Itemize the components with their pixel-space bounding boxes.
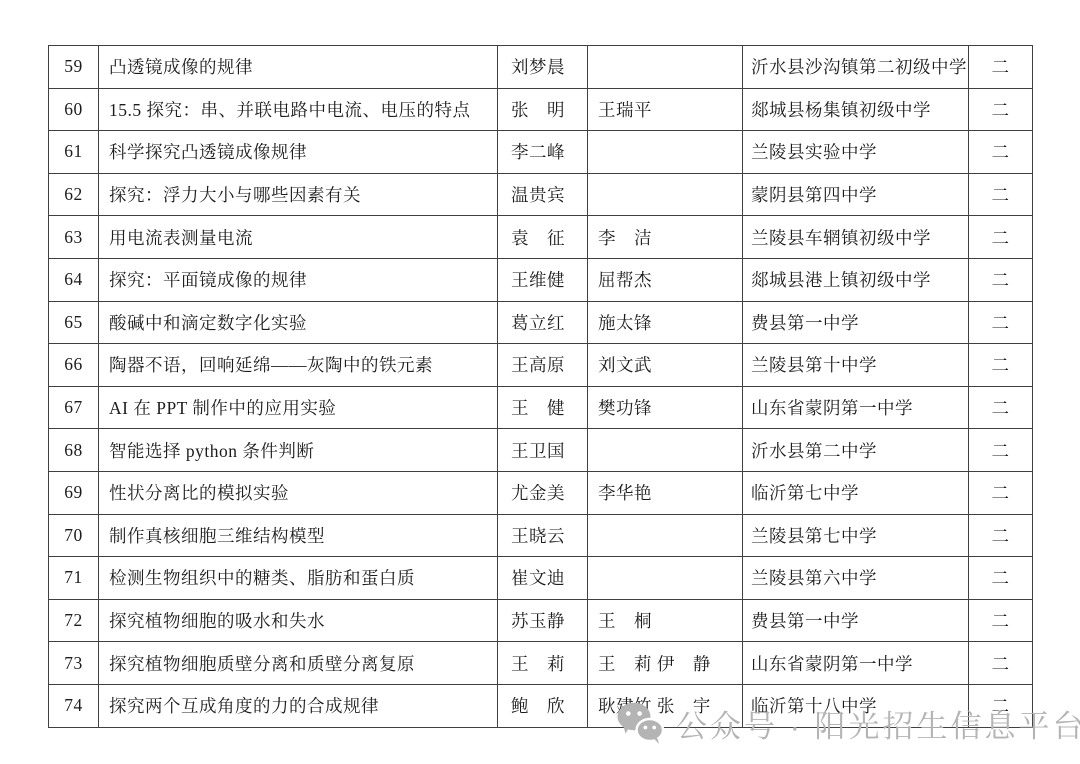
table-row: 67 AI 在 PPT 制作中的应用实验 王 健 樊功锋 山东省蒙阴第一中学 二 — [49, 386, 1033, 429]
co-authors — [588, 46, 743, 89]
co-authors — [588, 514, 743, 557]
co-authors — [588, 429, 743, 472]
first-author: 尤金美 — [498, 471, 588, 514]
school-name: 临沂第七中学 — [743, 471, 969, 514]
table-row: 68 智能选择 python 条件判断 王卫国 沂水县第二中学 二 — [49, 429, 1033, 472]
row-number: 63 — [49, 216, 99, 259]
school-name: 兰陵县实验中学 — [743, 131, 969, 174]
award-grade: 二 — [969, 344, 1033, 387]
project-title: 酸碱中和滴定数字化实验 — [99, 301, 498, 344]
first-author: 王高原 — [498, 344, 588, 387]
school-name: 山东省蒙阴第一中学 — [743, 642, 969, 685]
award-grade: 二 — [969, 386, 1033, 429]
first-author: 袁 征 — [498, 216, 588, 259]
table-row: 64 探究：平面镜成像的规律 王维健 屈帮杰 郯城县港上镇初级中学 二 — [49, 258, 1033, 301]
row-number: 74 — [49, 684, 99, 727]
award-grade: 二 — [969, 642, 1033, 685]
school-name: 兰陵县第六中学 — [743, 557, 969, 600]
first-author: 崔文迪 — [498, 557, 588, 600]
school-name: 费县第一中学 — [743, 301, 969, 344]
first-author: 王 健 — [498, 386, 588, 429]
document-page: 59 凸透镜成像的规律 刘梦晨 沂水县沙沟镇第二初级中学 二 60 15.5 探… — [0, 0, 1080, 764]
school-name: 兰陵县车辋镇初级中学 — [743, 216, 969, 259]
school-name: 兰陵县第十中学 — [743, 344, 969, 387]
awards-table-body: 59 凸透镜成像的规律 刘梦晨 沂水县沙沟镇第二初级中学 二 60 15.5 探… — [49, 46, 1033, 728]
award-grade: 二 — [969, 599, 1033, 642]
school-name: 郯城县港上镇初级中学 — [743, 258, 969, 301]
row-number: 70 — [49, 514, 99, 557]
school-name: 郯城县杨集镇初级中学 — [743, 88, 969, 131]
first-author: 王晓云 — [498, 514, 588, 557]
project-title: 探究植物细胞的吸水和失水 — [99, 599, 498, 642]
first-author: 鲍 欣 — [498, 684, 588, 727]
table-row: 69 性状分离比的模拟实验 尤金美 李华艳 临沂第七中学 二 — [49, 471, 1033, 514]
wechat-icon — [616, 701, 664, 746]
table-row: 59 凸透镜成像的规律 刘梦晨 沂水县沙沟镇第二初级中学 二 — [49, 46, 1033, 89]
table-row: 70 制作真核细胞三维结构模型 王晓云 兰陵县第七中学 二 — [49, 514, 1033, 557]
table-row: 71 检测生物组织中的糖类、脂肪和蛋白质 崔文迪 兰陵县第六中学 二 — [49, 557, 1033, 600]
row-number: 71 — [49, 557, 99, 600]
first-author: 李二峰 — [498, 131, 588, 174]
project-title: 凸透镜成像的规律 — [99, 46, 498, 89]
award-grade: 二 — [969, 258, 1033, 301]
school-name: 山东省蒙阴第一中学 — [743, 386, 969, 429]
table-row: 73 探究植物细胞质壁分离和质壁分离复原 王 莉 王 莉 伊 静 山东省蒙阴第一… — [49, 642, 1033, 685]
co-authors: 王瑞平 — [588, 88, 743, 131]
first-author: 温贵宾 — [498, 173, 588, 216]
award-grade: 二 — [969, 429, 1033, 472]
table-row: 61 科学探究凸透镜成像规律 李二峰 兰陵县实验中学 二 — [49, 131, 1033, 174]
row-number: 62 — [49, 173, 99, 216]
co-authors: 李 洁 — [588, 216, 743, 259]
co-authors — [588, 173, 743, 216]
project-title: 探究植物细胞质壁分离和质壁分离复原 — [99, 642, 498, 685]
school-name: 沂水县第二中学 — [743, 429, 969, 472]
co-authors: 施太锋 — [588, 301, 743, 344]
project-title: 陶器不语，回响延绵——灰陶中的铁元素 — [99, 344, 498, 387]
co-authors: 王 桐 — [588, 599, 743, 642]
project-title: 检测生物组织中的糖类、脂肪和蛋白质 — [99, 557, 498, 600]
row-number: 67 — [49, 386, 99, 429]
award-grade: 二 — [969, 301, 1033, 344]
row-number: 69 — [49, 471, 99, 514]
row-number: 59 — [49, 46, 99, 89]
project-title: 制作真核细胞三维结构模型 — [99, 514, 498, 557]
row-number: 64 — [49, 258, 99, 301]
co-authors: 王 莉 伊 静 — [588, 642, 743, 685]
school-name: 蒙阴县第四中学 — [743, 173, 969, 216]
award-grade: 二 — [969, 216, 1033, 259]
co-authors — [588, 131, 743, 174]
co-authors — [588, 557, 743, 600]
school-name: 费县第一中学 — [743, 599, 969, 642]
row-number: 66 — [49, 344, 99, 387]
row-number: 73 — [49, 642, 99, 685]
watermark: 公众号 · 阳光招生信息平台 — [616, 698, 1080, 748]
first-author: 王卫国 — [498, 429, 588, 472]
award-grade: 二 — [969, 471, 1033, 514]
awards-table: 59 凸透镜成像的规律 刘梦晨 沂水县沙沟镇第二初级中学 二 60 15.5 探… — [48, 45, 1033, 728]
school-name: 沂水县沙沟镇第二初级中学 — [743, 46, 969, 89]
first-author: 葛立红 — [498, 301, 588, 344]
school-name: 兰陵县第七中学 — [743, 514, 969, 557]
row-number: 60 — [49, 88, 99, 131]
project-title: AI 在 PPT 制作中的应用实验 — [99, 386, 498, 429]
project-title: 性状分离比的模拟实验 — [99, 471, 498, 514]
co-authors: 刘文武 — [588, 344, 743, 387]
first-author: 苏玉静 — [498, 599, 588, 642]
row-number: 65 — [49, 301, 99, 344]
first-author: 刘梦晨 — [498, 46, 588, 89]
table-row: 62 探究：浮力大小与哪些因素有关 温贵宾 蒙阴县第四中学 二 — [49, 173, 1033, 216]
project-title: 探究：浮力大小与哪些因素有关 — [99, 173, 498, 216]
row-number: 68 — [49, 429, 99, 472]
co-authors: 李华艳 — [588, 471, 743, 514]
project-title: 科学探究凸透镜成像规律 — [99, 131, 498, 174]
table-row: 60 15.5 探究：串、并联电路中电流、电压的特点 张 明 王瑞平 郯城县杨集… — [49, 88, 1033, 131]
table-row: 63 用电流表测量电流 袁 征 李 洁 兰陵县车辋镇初级中学 二 — [49, 216, 1033, 259]
project-title: 15.5 探究：串、并联电路中电流、电压的特点 — [99, 88, 498, 131]
co-authors: 樊功锋 — [588, 386, 743, 429]
award-grade: 二 — [969, 514, 1033, 557]
table-row: 72 探究植物细胞的吸水和失水 苏玉静 王 桐 费县第一中学 二 — [49, 599, 1033, 642]
row-number: 61 — [49, 131, 99, 174]
project-title: 探究：平面镜成像的规律 — [99, 258, 498, 301]
award-grade: 二 — [969, 46, 1033, 89]
table-row: 66 陶器不语，回响延绵——灰陶中的铁元素 王高原 刘文武 兰陵县第十中学 二 — [49, 344, 1033, 387]
project-title: 用电流表测量电流 — [99, 216, 498, 259]
first-author: 王 莉 — [498, 642, 588, 685]
co-authors: 屈帮杰 — [588, 258, 743, 301]
row-number: 72 — [49, 599, 99, 642]
watermark-text: 公众号 · 阳光招生信息平台 — [676, 701, 1080, 746]
first-author: 王维健 — [498, 258, 588, 301]
table-row: 65 酸碱中和滴定数字化实验 葛立红 施太锋 费县第一中学 二 — [49, 301, 1033, 344]
award-grade: 二 — [969, 557, 1033, 600]
first-author: 张 明 — [498, 88, 588, 131]
award-grade: 二 — [969, 173, 1033, 216]
project-title: 探究两个互成角度的力的合成规律 — [99, 684, 498, 727]
award-grade: 二 — [969, 131, 1033, 174]
award-grade: 二 — [969, 88, 1033, 131]
project-title: 智能选择 python 条件判断 — [99, 429, 498, 472]
